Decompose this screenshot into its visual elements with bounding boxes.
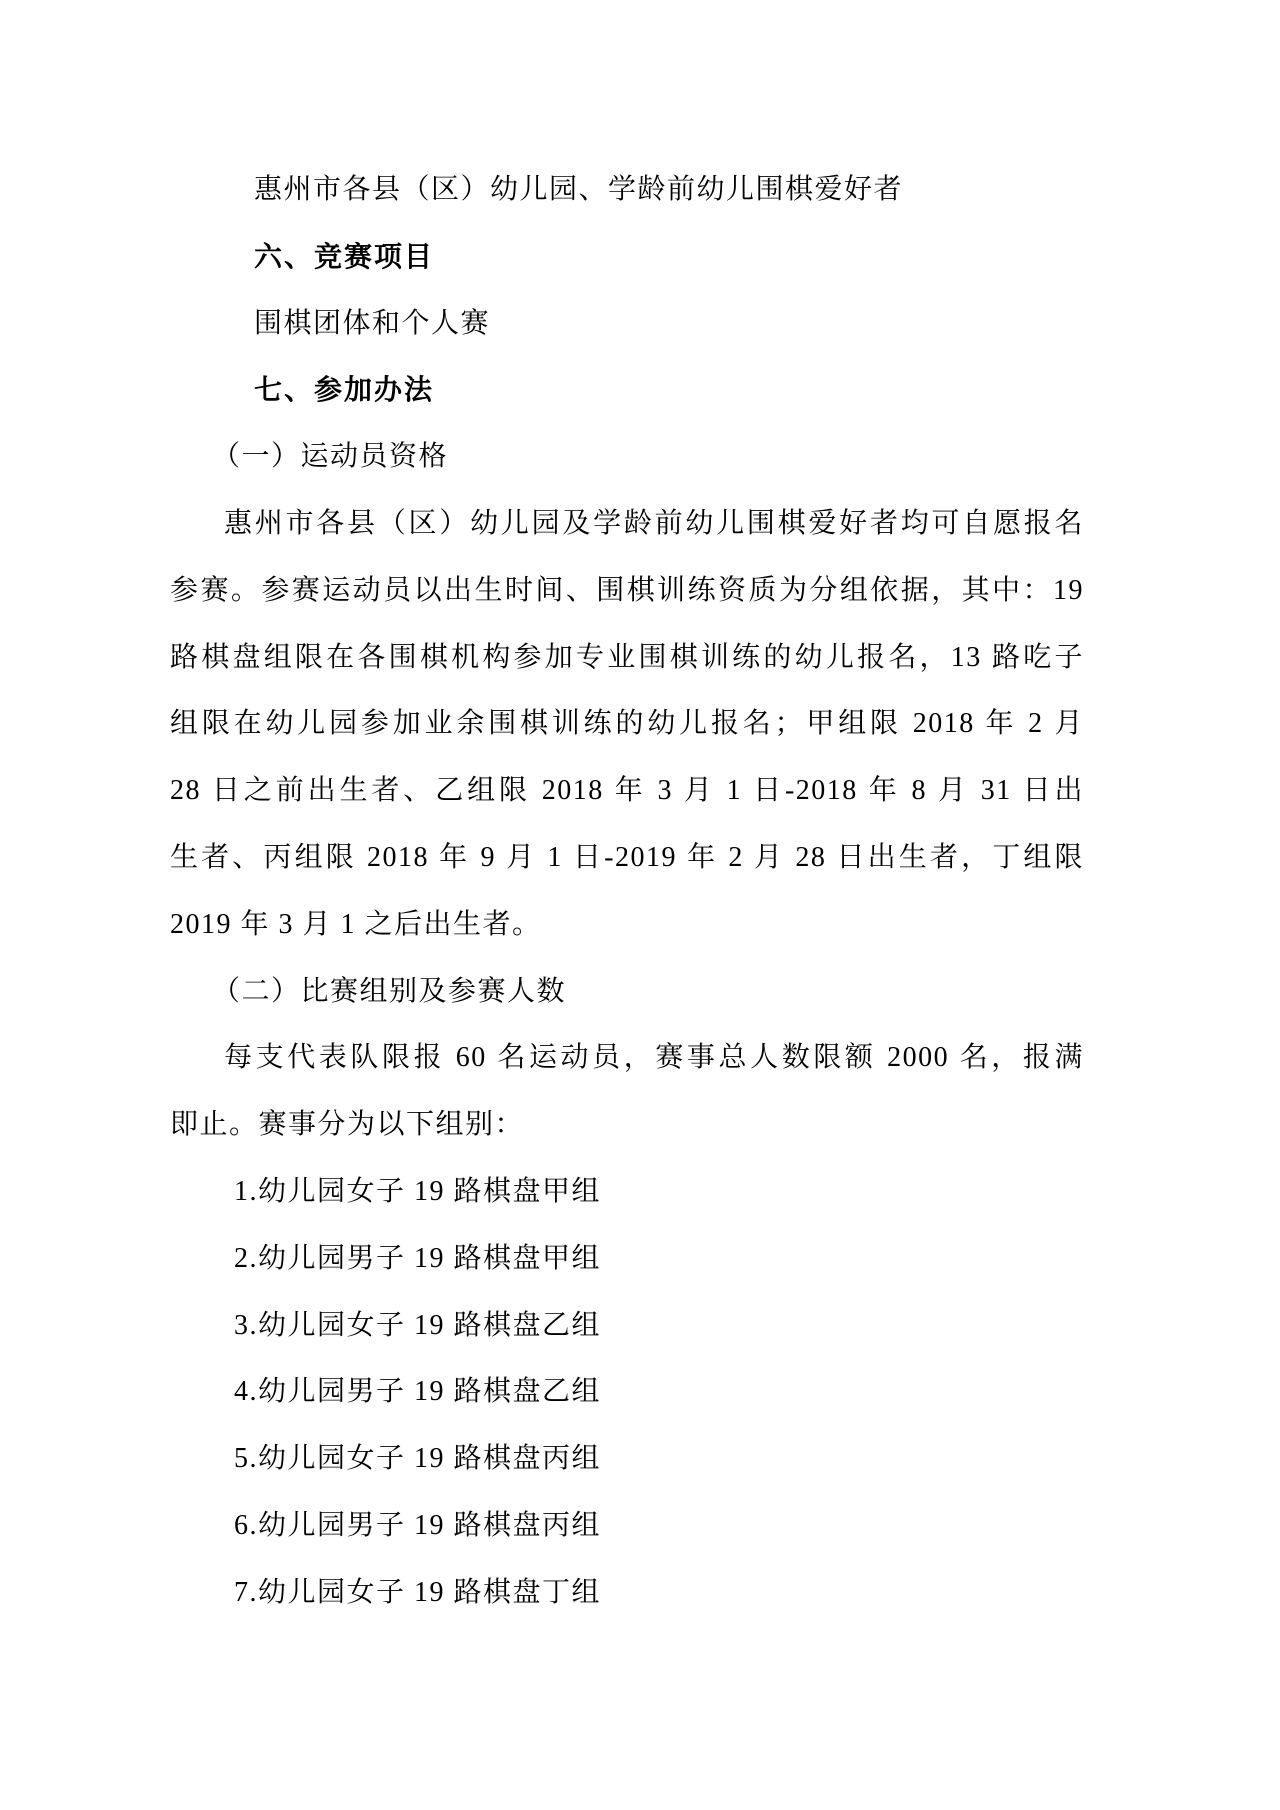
list-item-group-2: 2.幼儿园男子 19 路棋盘甲组 bbox=[170, 1226, 1084, 1293]
eligibility-paragraph-line-3: 路棋盘组限在各围棋机构参加专业围棋训练的幼儿报名，13 路吃子 bbox=[170, 625, 1084, 692]
quota-paragraph-line-2: 即止。赛事分为以下组别： bbox=[170, 1092, 1084, 1159]
heading-competition-items: 六、竞赛项目 bbox=[170, 224, 1084, 291]
subhead-athlete-eligibility: （一）运动员资格 bbox=[170, 424, 1084, 491]
eligibility-paragraph-line-6: 生者、丙组限 2018 年 9 月 1 日-2019 年 2 月 28 日出生者… bbox=[170, 825, 1084, 892]
heading-participation-method: 七、参加办法 bbox=[170, 357, 1084, 424]
eligibility-paragraph-line-5: 28 日之前出生者、乙组限 2018 年 3 月 1 日-2018 年 8 月 … bbox=[170, 758, 1084, 825]
document-body: 惠州市各县（区）幼儿园、学龄前幼儿围棋爱好者 六、竞赛项目 围棋团体和个人赛 七… bbox=[170, 157, 1084, 1627]
subhead-groups-and-quota: （二）比赛组别及参赛人数 bbox=[170, 959, 1084, 1026]
document-page: 惠州市各县（区）幼儿园、学龄前幼儿围棋爱好者 六、竞赛项目 围棋团体和个人赛 七… bbox=[0, 0, 1280, 1810]
eligibility-paragraph-line-4: 组限在幼儿园参加业余围棋训练的幼儿报名；甲组限 2018 年 2 月 bbox=[170, 691, 1084, 758]
line-event-type: 围棋团体和个人赛 bbox=[170, 291, 1084, 358]
eligibility-paragraph-line-2: 参赛。参赛运动员以出生时间、围棋训练资质为分组依据，其中：19 bbox=[170, 558, 1084, 625]
eligibility-paragraph-line-1: 惠州市各县（区）幼儿园及学龄前幼儿围棋爱好者均可自愿报名 bbox=[170, 491, 1084, 558]
list-item-group-7: 7.幼儿园女子 19 路棋盘丁组 bbox=[170, 1560, 1084, 1627]
list-item-group-3: 3.幼儿园女子 19 路棋盘乙组 bbox=[170, 1293, 1084, 1360]
list-item-group-4: 4.幼儿园男子 19 路棋盘乙组 bbox=[170, 1359, 1084, 1426]
eligibility-paragraph-line-7: 2019 年 3 月 1 之后出生者。 bbox=[170, 892, 1084, 959]
list-item-group-6: 6.幼儿园男子 19 路棋盘丙组 bbox=[170, 1493, 1084, 1560]
quota-paragraph-line-1: 每支代表队限报 60 名运动员，赛事总人数限额 2000 名，报满 bbox=[170, 1025, 1084, 1092]
list-item-group-1: 1.幼儿园女子 19 路棋盘甲组 bbox=[170, 1159, 1084, 1226]
line-participants-tail: 惠州市各县（区）幼儿园、学龄前幼儿围棋爱好者 bbox=[170, 157, 1084, 224]
list-item-group-5: 5.幼儿园女子 19 路棋盘丙组 bbox=[170, 1426, 1084, 1493]
